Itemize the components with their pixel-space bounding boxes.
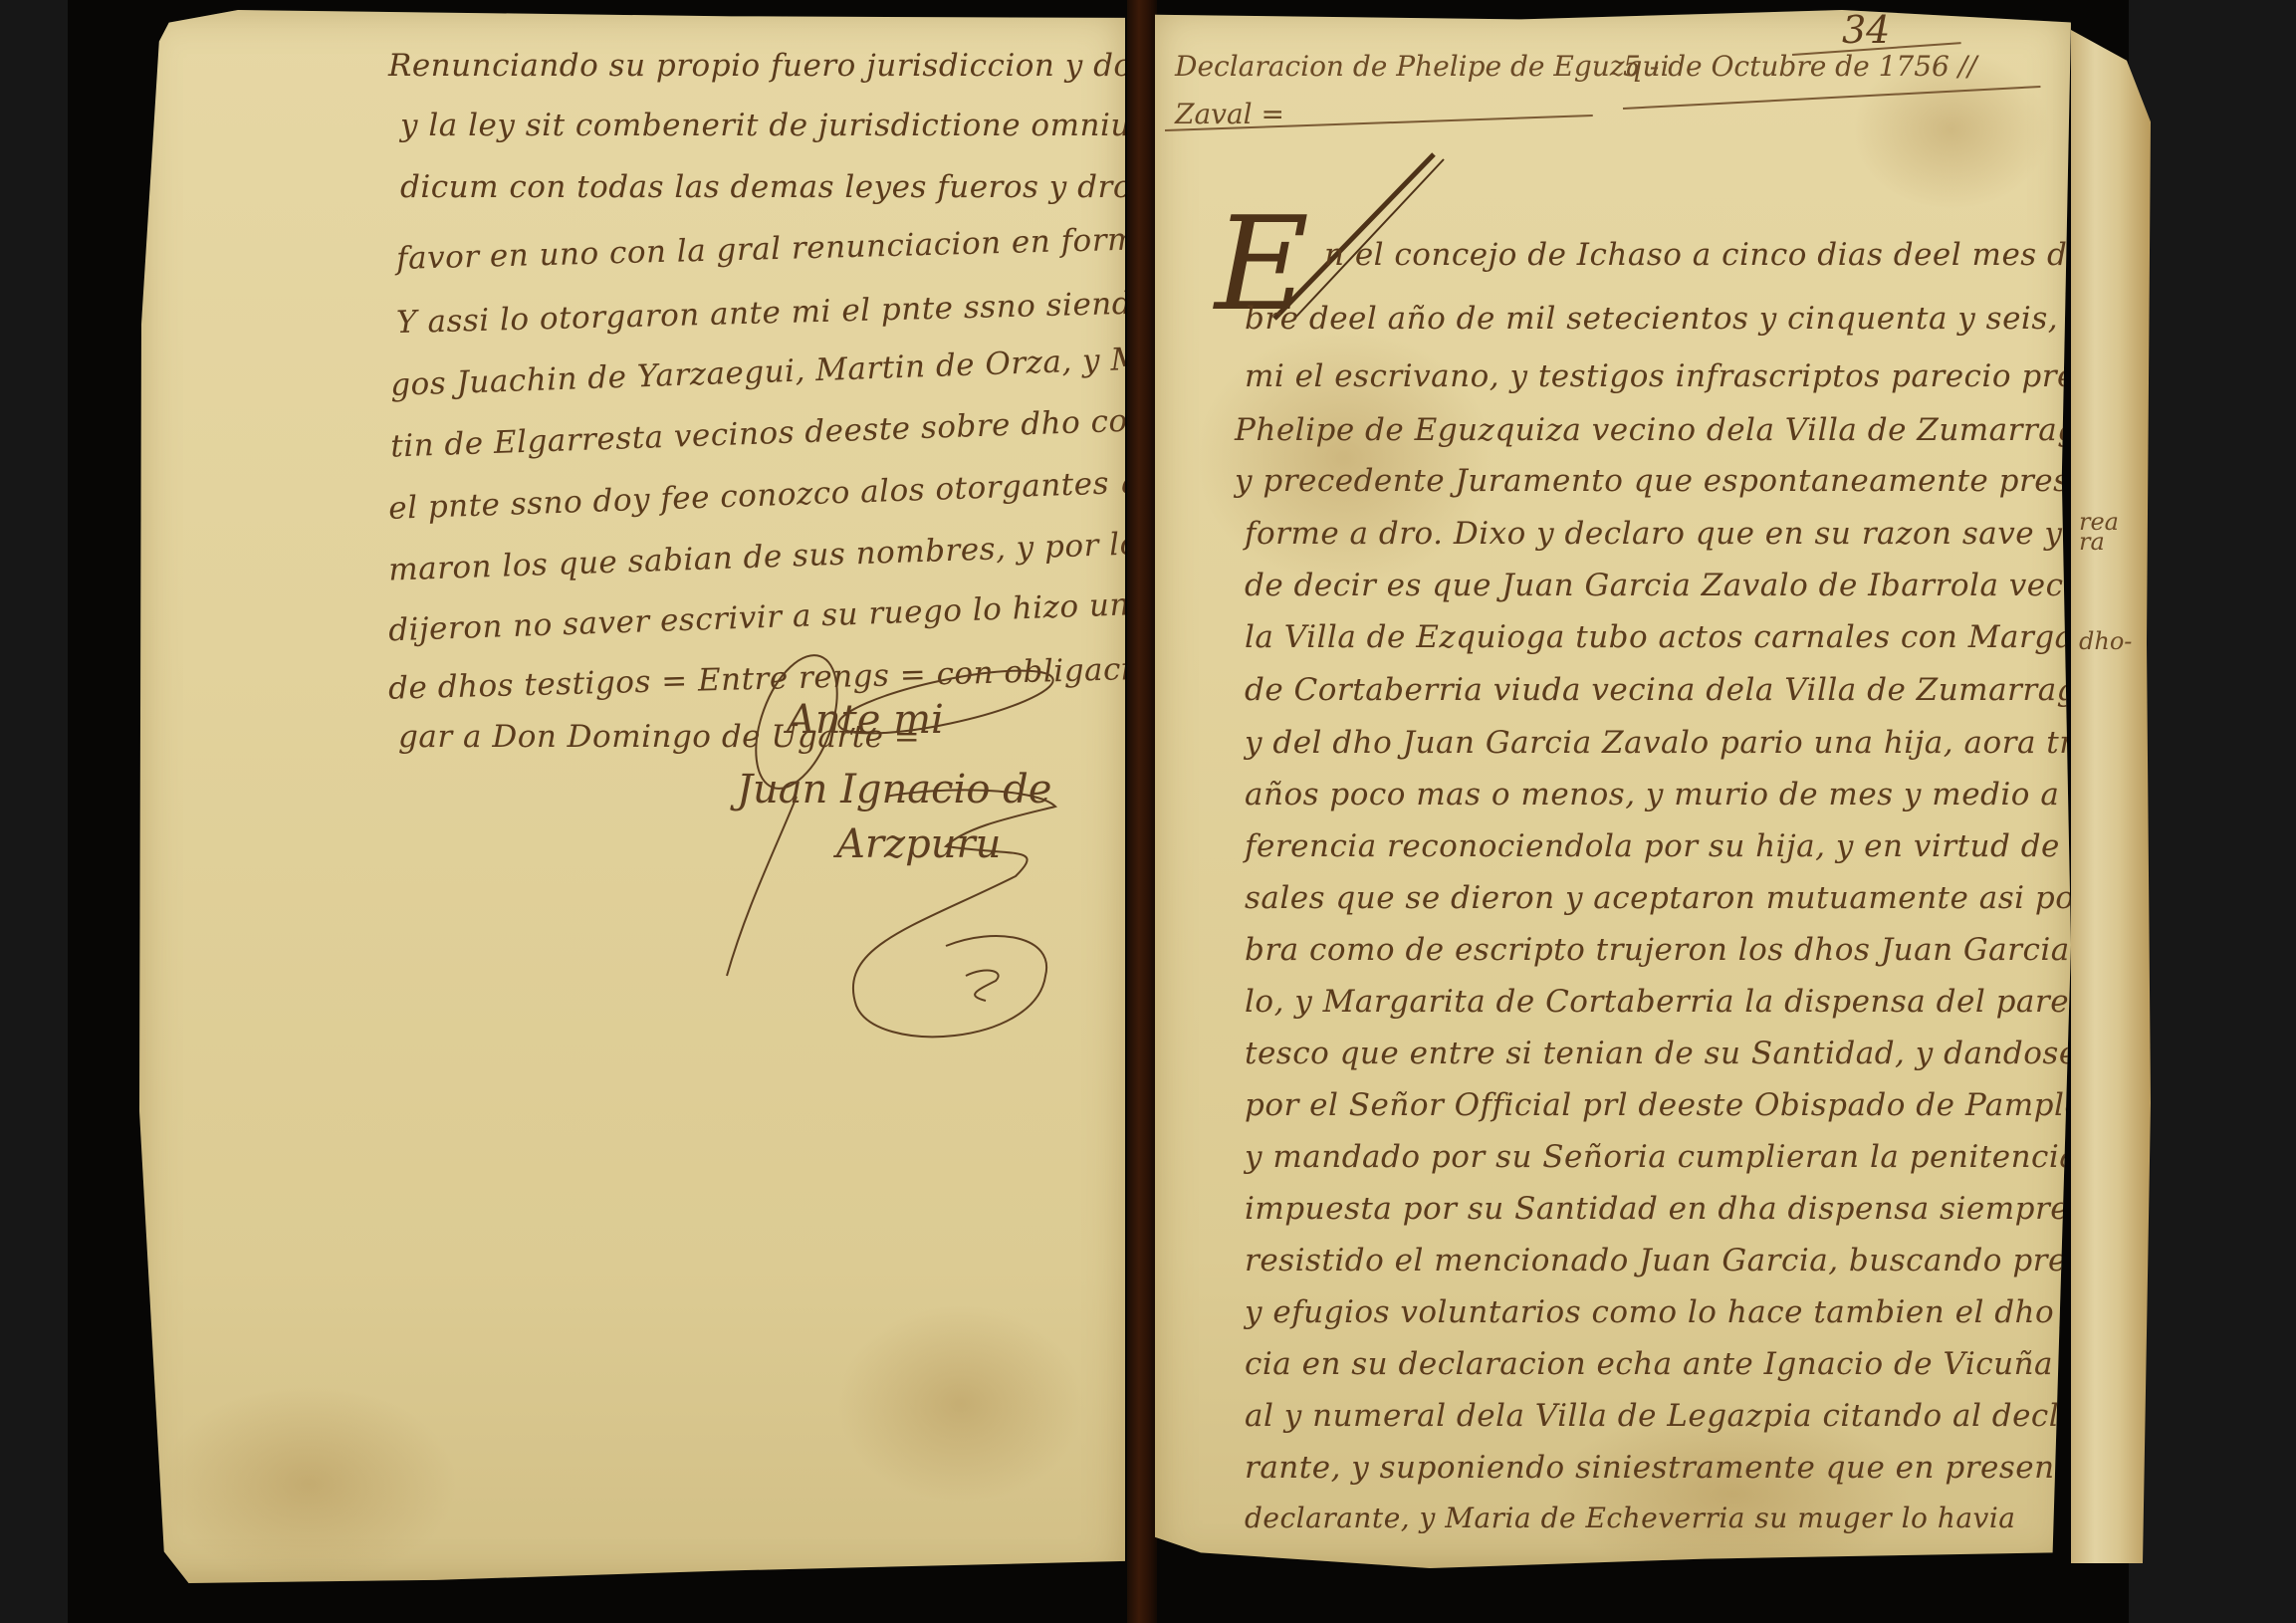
text-line: impuesta por su Santidad en dha dispensa… xyxy=(1245,1191,2071,1227)
text-line: de Cortaberria viuda vecina dela Villa d… xyxy=(1245,672,2071,708)
text-line: lo, y Margarita de Cortaberria la dispen… xyxy=(1245,984,2071,1020)
text-line: años poco mas o menos, y murio de mes y … xyxy=(1245,777,2071,812)
text-line: y del dho Juan Garcia Zavalo pario una h… xyxy=(1245,725,2071,761)
text-line: mi el escrivano, y testigos infrascripto… xyxy=(1245,358,2071,394)
text-line: y precedente Juramento que espontaneamen… xyxy=(1235,463,2071,499)
text-line: maron los que sabian de sus nombres, y p… xyxy=(388,523,1125,587)
text-line: ferencia reconociendola por su hija, y e… xyxy=(1245,828,2071,864)
header-title: Declaracion de Phelipe de Eguzqui xyxy=(1175,50,1669,83)
signature-ante-mi: Ante mi xyxy=(787,697,944,743)
text-line: Renunciando su propio fuero jurisdiccion… xyxy=(388,48,1125,84)
page-edge-stack: rea ra dho- xyxy=(2071,30,2151,1563)
text-line: y mandado por su Señoria cumplieran la p… xyxy=(1245,1139,2071,1175)
text-line: forme a dro. Dixo y declaro que en su ra… xyxy=(1245,516,2071,552)
text-line: rante, y suponiendo siniestramente que e… xyxy=(1245,1450,2071,1486)
text-line: por el Señor Official prl deeste Obispad… xyxy=(1245,1087,2071,1123)
signature-name: Juan Ignacio de xyxy=(737,767,1051,812)
text-line: n el concejo de Ichaso a cinco dias deel… xyxy=(1324,237,2071,273)
text-line: favor en uno con la gral renunciacion en… xyxy=(396,221,1125,277)
text-line: sales que se dieron y aceptaron mutuamen… xyxy=(1245,880,2071,916)
text-line: resistido el mencionado Juan Garcia, bus… xyxy=(1245,1243,2071,1278)
scanned-manuscript: Renunciando su propio fuero jurisdiccion… xyxy=(0,0,2296,1623)
text-line: bra como de escripto trujeron los dhos J… xyxy=(1245,932,2071,968)
text-line: Phelipe de Eguzquiza vecino dela Villa d… xyxy=(1235,412,2071,448)
book-gutter xyxy=(1127,0,1157,1623)
text-line: tesco que entre si tenian de su Santidad… xyxy=(1245,1036,2071,1071)
text-line: gos Juachin de Yarzaegui, Martin de Orza… xyxy=(390,340,1125,403)
text-line: el pnte ssno doy fee conozco alos otorga… xyxy=(388,461,1125,527)
text-line: al y numeral dela Villa de Legazpia cita… xyxy=(1245,1398,2071,1434)
text-line: y efugios voluntarios como lo hace tambi… xyxy=(1245,1294,2071,1330)
text-line: bre deel año de mil setecientos y cinque… xyxy=(1245,301,2071,337)
text-line: y la ley sit combenerit de jurisdictione… xyxy=(400,108,1125,143)
left-page: Renunciando su propio fuero jurisdiccion… xyxy=(139,10,1125,1583)
right-page: Declaracion de Phelipe de Eguzqui Zaval … xyxy=(1155,10,2071,1568)
paper-stain xyxy=(836,1304,1085,1504)
margin-fragment: ra xyxy=(2079,528,2105,556)
text-line: dicum con todas las demas leyes fueros y… xyxy=(400,169,1125,205)
text-line: Y assi lo otorgaron ante mi el pnte ssno… xyxy=(396,283,1125,341)
text-line: la Villa de Ezquioga tubo actos carnales… xyxy=(1245,619,2071,655)
paper-stain xyxy=(159,1384,458,1583)
text-line: tin de Elgarresta vecinos deeste sobre d… xyxy=(390,397,1125,464)
margin-fragment: dho- xyxy=(2079,627,2132,655)
text-line: dijeron no saver escrivir a su ruego lo … xyxy=(388,586,1125,649)
signature-surname: Arzpuru xyxy=(836,821,1001,867)
text-line: cia en su declaracion echa ante Ignacio … xyxy=(1245,1346,2071,1382)
text-line: de decir es que Juan Garcia Zavalo de Ib… xyxy=(1245,568,2071,603)
folio-number: 34 xyxy=(1842,10,1890,52)
